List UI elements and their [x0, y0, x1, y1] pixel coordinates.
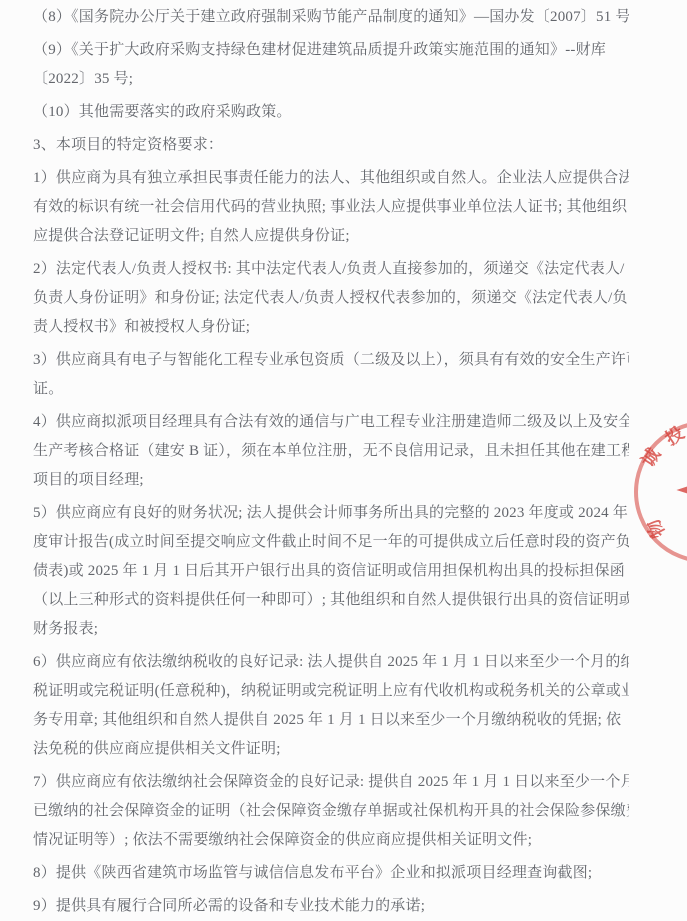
paragraph: 1）供应商为具有独立承担民事责任能力的法人、其他组织或自然人。企业法人应提供合法…	[33, 164, 629, 251]
text-line: 负责人身份证明》和身份证; 法定代表人/负责人授权代表参加的，须递交《法定代表人…	[33, 284, 629, 313]
text-line: 证。	[33, 375, 629, 404]
text-line: 度审计报告(成立时间至提交响应文件截止时间不足一年的可提供成立后任意时段的资产负	[33, 528, 629, 557]
text-line: （9）《关于扩大政府采购支持绿色建材促进建筑品质提升政策实施范围的通知》--财库	[33, 36, 629, 65]
document-body: （8）《国务院办公厅关于建立政府强制采购节能产品制度的通知》—国办发〔2007〕…	[0, 0, 687, 921]
text-line: 2）法定代表人/负责人授权书: 其中法定代表人/负责人直接参加的，须递交《法定代…	[33, 255, 629, 284]
text-line: 已缴纳的社会保障资金的证明（社会保障资金缴存单据或社保机构开具的社会保险参保缴费	[33, 797, 629, 826]
paragraph: 8）提供《陕西省建筑市场监管与诚信信息发布平台》企业和拟派项目经理查询截图;	[33, 859, 629, 888]
paragraph: （9）《关于扩大政府采购支持绿色建材促进建筑品质提升政策实施范围的通知》--财库…	[33, 36, 629, 94]
text-line: 1）供应商为具有独立承担民事责任能力的法人、其他组织或自然人。企业法人应提供合法	[33, 164, 629, 193]
text-line: （8）《国务院办公厅关于建立政府强制采购节能产品制度的通知》—国办发〔2007〕…	[33, 3, 629, 32]
text-line: 情况证明等）; 依法不需要缴纳社会保障资金的供应商应提供相关证明文件;	[33, 826, 629, 855]
paragraph: 2）法定代表人/负责人授权书: 其中法定代表人/负责人直接参加的，须递交《法定代…	[33, 255, 629, 342]
paragraph: 3）供应商具有电子与智能化工程专业承包资质（二级及以上），须具有有效的安全生产许…	[33, 346, 629, 404]
text-line: 〔2022〕35 号;	[33, 65, 629, 94]
paragraph: 5）供应商应有良好的财务状况; 法人提供会计师事务所出具的完整的 2023 年度…	[33, 499, 629, 644]
text-line: 有效的标识有统一社会信用代码的营业执照; 事业法人应提供事业单位法人证书; 其他…	[33, 193, 629, 222]
text-line: 4）供应商拟派项目经理具有合法有效的通信与广电工程专业注册建造师二级及以上及安全	[33, 408, 629, 437]
text-line: 8）提供《陕西省建筑市场监管与诚信信息发布平台》企业和拟派项目经理查询截图;	[33, 859, 629, 888]
text-line: （以上三种形式的资料提供任何一种即可）; 其他组织和自然人提供银行出具的资信证明…	[33, 586, 629, 615]
text-line: 财务报表;	[33, 615, 629, 644]
paragraph: 3、本项目的特定资格要求：	[33, 131, 629, 160]
paragraph: 7）供应商应有依法缴纳社会保障资金的良好记录: 提供自 2025 年 1 月 1…	[33, 768, 629, 855]
text-line: 生产考核合格证（建安 B 证），须在本单位注册，无不良信用记录，且未担任其他在建…	[33, 437, 629, 466]
text-line: 法免税的供应商应提供相关文件证明;	[33, 735, 629, 764]
text-line: 务专用章; 其他组织和自然人提供自 2025 年 1 月 1 日以来至少一个月缴…	[33, 706, 629, 735]
text-line: 税证明或完税证明(任意税种)，纳税证明或完税证明上应有代收机构或税务机关的公章或…	[33, 677, 629, 706]
paragraph: （8）《国务院办公厅关于建立政府强制采购节能产品制度的通知》—国办发〔2007〕…	[33, 3, 629, 32]
paragraph: 6）供应商应有依法缴纳税收的良好记录: 法人提供自 2025 年 1 月 1 日…	[33, 648, 629, 764]
text-line: 5）供应商应有良好的财务状况; 法人提供会计师事务所出具的完整的 2023 年度…	[33, 499, 629, 528]
paragraph: 9）提供具有履行合同所必需的设备和专业技术能力的承诺;	[33, 892, 629, 921]
text-line: 责人授权书》和被授权人身份证;	[33, 313, 629, 342]
text-line: 债表)或 2025 年 1 月 1 日后其开户银行出具的资信证明或信用担保机构出…	[33, 557, 629, 586]
text-line: 3、本项目的特定资格要求：	[33, 131, 629, 160]
text-line: 应提供合法登记证明文件; 自然人应提供身份证;	[33, 222, 629, 251]
text-line: 6）供应商应有依法缴纳税收的良好记录: 法人提供自 2025 年 1 月 1 日…	[33, 648, 629, 677]
text-line: 3）供应商具有电子与智能化工程专业承包资质（二级及以上），须具有有效的安全生产许…	[33, 346, 629, 375]
text-line: 项目的项目经理;	[33, 466, 629, 495]
document-page: （8）《国务院办公厅关于建立政府强制采购节能产品制度的通知》—国办发〔2007〕…	[0, 0, 687, 921]
text-line: （10）其他需要落实的政府采购政策。	[33, 98, 629, 127]
paragraph: （10）其他需要落实的政府采购政策。	[33, 98, 629, 127]
text-line: 7）供应商应有依法缴纳社会保障资金的良好记录: 提供自 2025 年 1 月 1…	[33, 768, 629, 797]
paragraph: 4）供应商拟派项目经理具有合法有效的通信与广电工程专业注册建造师二级及以上及安全…	[33, 408, 629, 495]
text-line: 9）提供具有履行合同所必需的设备和专业技术能力的承诺;	[33, 892, 629, 921]
